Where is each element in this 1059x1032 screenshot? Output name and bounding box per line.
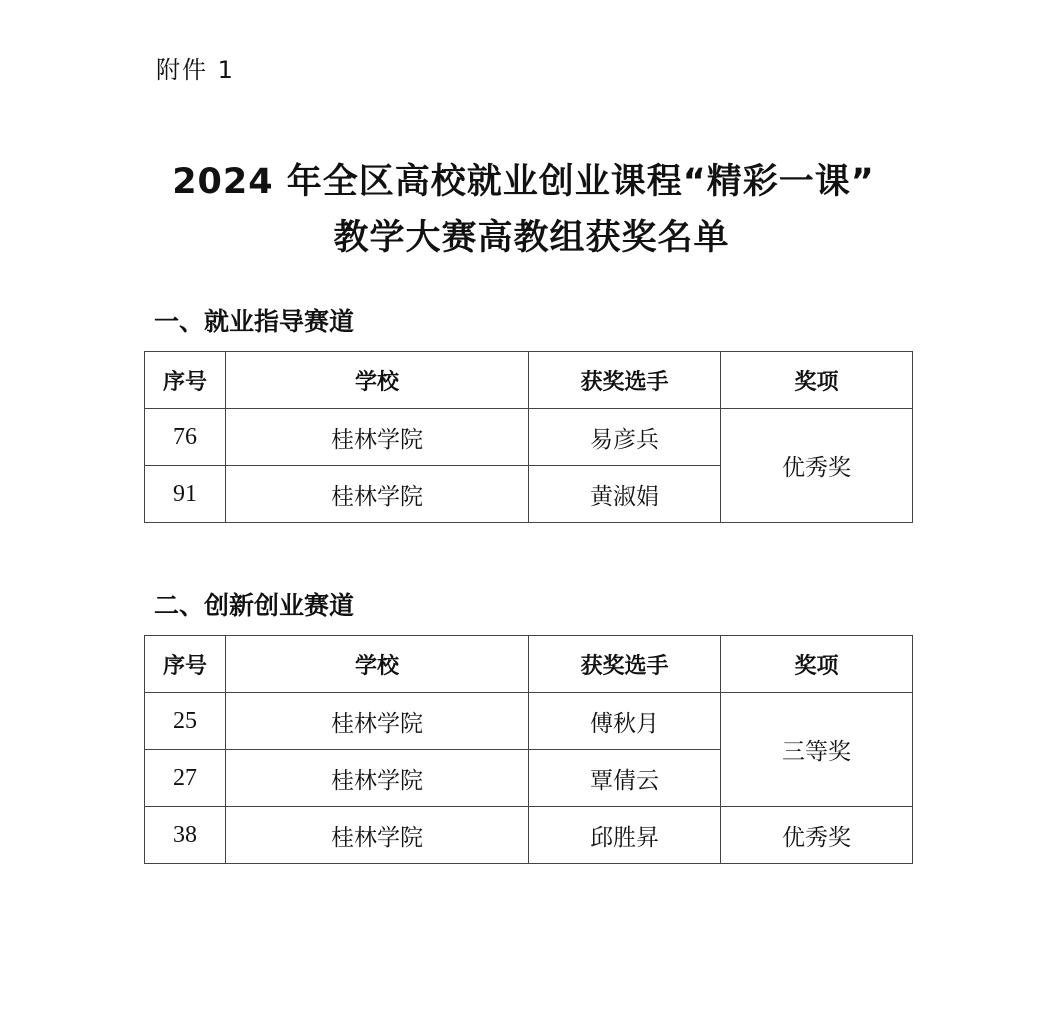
cell-school: 桂林学院 [226, 750, 529, 807]
awards-table-employment-guidance: 序号 学校 获奖选手 奖项 76 桂林学院 易彦兵 优秀奖 91 桂林学院 黄淑… [144, 351, 913, 523]
column-header-number: 序号 [145, 352, 226, 409]
cell-number: 38 [145, 807, 226, 864]
column-header-winner: 获奖选手 [529, 352, 721, 409]
cell-number: 76 [145, 409, 226, 466]
column-header-award: 奖项 [721, 352, 913, 409]
cell-number: 25 [145, 693, 226, 750]
attachment-label: 附件 1 [156, 55, 235, 85]
cell-number: 27 [145, 750, 226, 807]
table-row: 76 桂林学院 易彦兵 优秀奖 [145, 409, 913, 466]
table-row: 38 桂林学院 邱胜昇 优秀奖 [145, 807, 913, 864]
cell-school: 桂林学院 [226, 693, 529, 750]
column-header-award: 奖项 [721, 636, 913, 693]
cell-winner: 邱胜昇 [529, 807, 721, 864]
table-header-row: 序号 学校 获奖选手 奖项 [145, 636, 913, 693]
column-header-number: 序号 [145, 636, 226, 693]
awards-table-innovation-entrepreneurship: 序号 学校 获奖选手 奖项 25 桂林学院 傅秋月 三等奖 27 桂林学院 覃倩… [144, 635, 913, 864]
document-title-line-1: 2024 年全区高校就业创业课程“精彩一课” [0, 160, 1053, 204]
cell-award: 优秀奖 [721, 807, 913, 864]
cell-winner: 傅秋月 [529, 693, 721, 750]
cell-winner: 覃倩云 [529, 750, 721, 807]
section-heading-employment-guidance: 一、就业指导赛道 [154, 306, 354, 338]
table-header-row: 序号 学校 获奖选手 奖项 [145, 352, 913, 409]
column-header-winner: 获奖选手 [529, 636, 721, 693]
table-row: 25 桂林学院 傅秋月 三等奖 [145, 693, 913, 750]
cell-number: 91 [145, 466, 226, 523]
section-heading-innovation-entrepreneurship: 二、创新创业赛道 [154, 590, 354, 622]
cell-school: 桂林学院 [226, 807, 529, 864]
column-header-school: 学校 [226, 636, 529, 693]
cell-winner: 易彦兵 [529, 409, 721, 466]
cell-winner: 黄淑娟 [529, 466, 721, 523]
cell-award: 三等奖 [721, 693, 913, 807]
cell-school: 桂林学院 [226, 409, 529, 466]
cell-award: 优秀奖 [721, 409, 913, 523]
cell-school: 桂林学院 [226, 466, 529, 523]
column-header-school: 学校 [226, 352, 529, 409]
document-title-line-2: 教学大赛高教组获奖名单 [2, 216, 1059, 260]
